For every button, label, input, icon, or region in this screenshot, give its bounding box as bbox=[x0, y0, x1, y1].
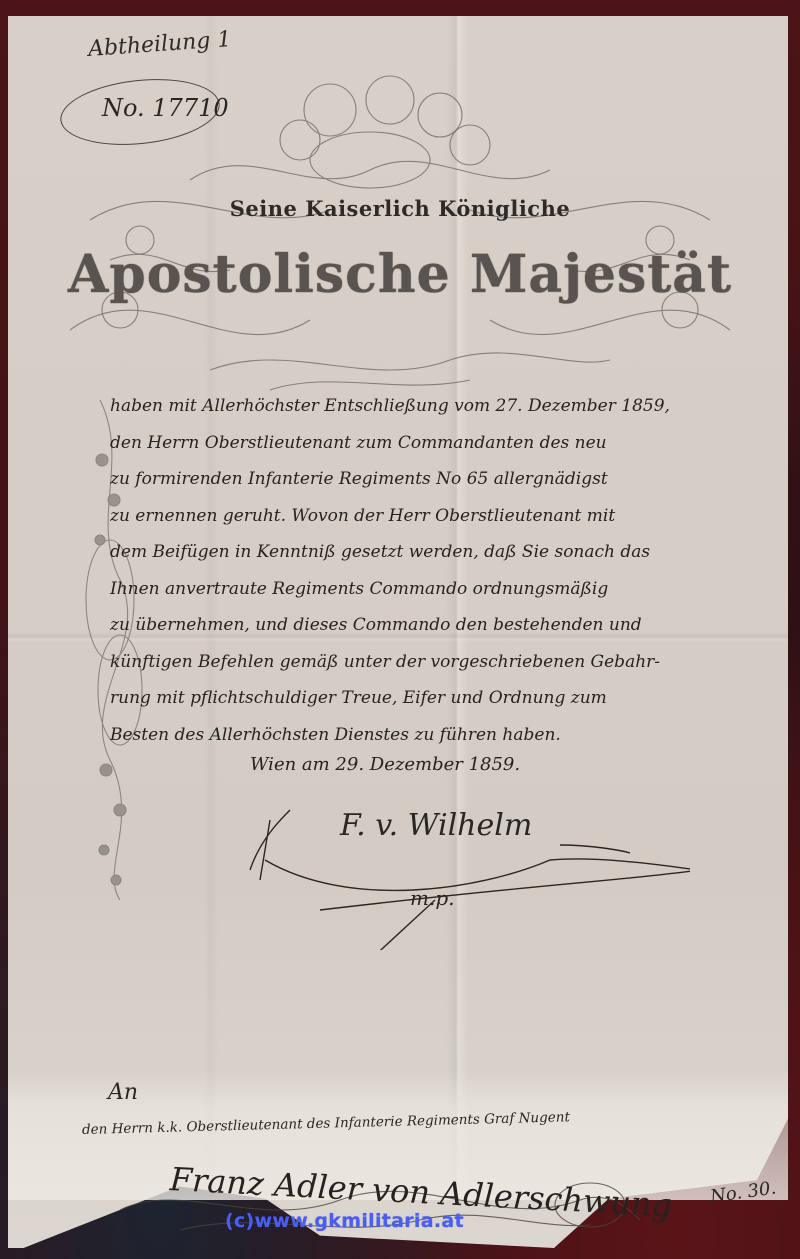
address-prefix: An bbox=[108, 1080, 138, 1105]
reference-label: Abtheilung 1 bbox=[87, 27, 232, 62]
body-line: Ihnen anvertraute Regiments Commando ord… bbox=[110, 571, 770, 608]
decree-body: haben mit Allerhöchster Entschließung vo… bbox=[110, 388, 770, 753]
body-line: künftigen Befehlen gemäß unter der vorge… bbox=[110, 644, 770, 681]
copyright-watermark: (c)www.gkmilitaria.at bbox=[225, 1210, 464, 1232]
body-line: zu übernehmen, und dieses Commando den b… bbox=[110, 607, 770, 644]
signature-name: F. v. Wilhelm bbox=[340, 808, 532, 843]
place-date: Wien am 29. Dezember 1859. bbox=[250, 754, 520, 775]
body-line: zu ernennen geruht. Wovon der Herr Obers… bbox=[110, 498, 770, 535]
body-line: rung mit pflichtschuldiger Treue, Eifer … bbox=[110, 680, 770, 717]
heading-line-1: Seine Kaiserlich Königliche bbox=[0, 196, 800, 221]
body-line: dem Beifügen in Kenntniß gesetzt werden,… bbox=[110, 534, 770, 571]
body-line: zu formirenden Infanterie Regiments No 6… bbox=[110, 461, 770, 498]
calligraphic-flourish-ornament bbox=[70, 70, 730, 400]
countersignature: m.p. bbox=[410, 886, 454, 910]
body-line: den Herrn Oberstlieutenant zum Commandan… bbox=[110, 425, 770, 462]
body-line: Besten des Allerhöchsten Dienstes zu füh… bbox=[110, 717, 770, 754]
heading-line-2: Apostolische Majestät bbox=[0, 244, 800, 305]
body-line: haben mit Allerhöchster Entschließung vo… bbox=[110, 388, 770, 425]
signature-block: F. v. Wilhelm m.p. bbox=[230, 800, 690, 950]
